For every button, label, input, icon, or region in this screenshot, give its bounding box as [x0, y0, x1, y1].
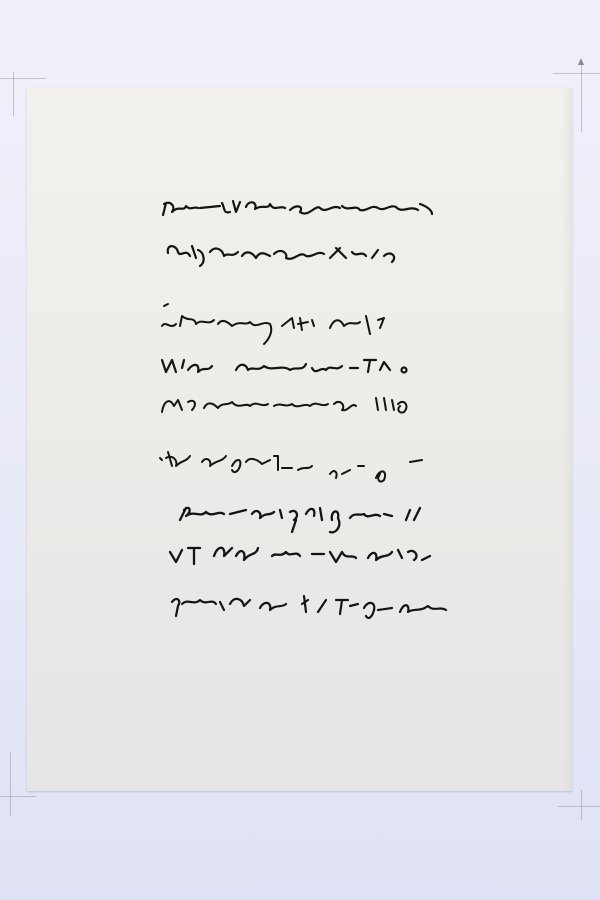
script-line-3 [162, 304, 384, 344]
script-line-6 [160, 452, 422, 482]
asemic-calligraphy [0, 0, 600, 900]
script-line-5 [162, 398, 406, 413]
script-line-1 [163, 201, 432, 215]
script-line-2 [168, 246, 394, 266]
script-line-8 [170, 548, 430, 564]
script-line-4 [162, 360, 407, 373]
script-line-9 [172, 596, 446, 618]
script-line-7 [180, 508, 420, 532]
